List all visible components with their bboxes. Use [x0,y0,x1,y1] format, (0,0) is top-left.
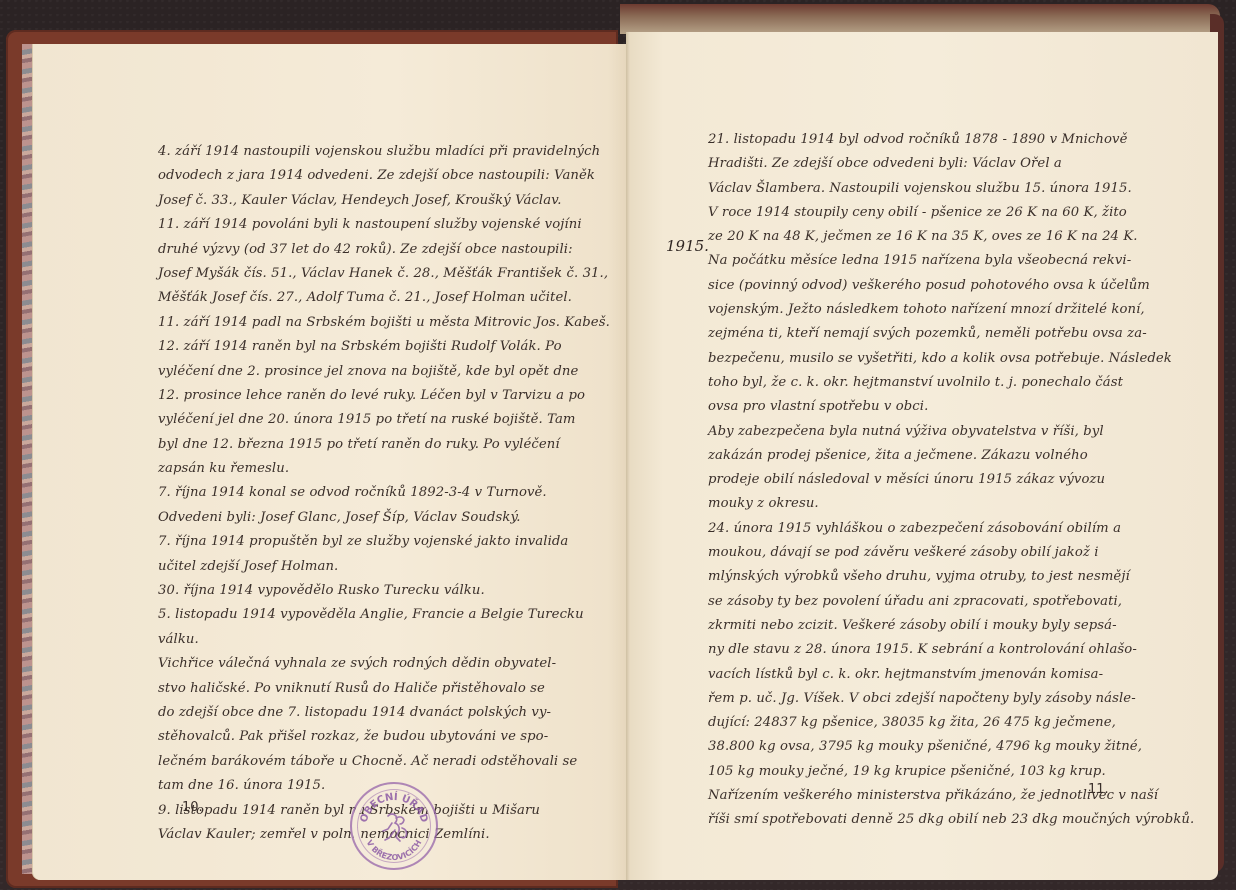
text-line: toho byl, že c. k. okr. hejtmanství uvol… [708,371,1128,395]
text-line: dující: 24837 kg pšenice, 38035 kg žita,… [708,711,1128,735]
text-line: zapsán ku řemeslu. [158,457,628,481]
left-page-text: 4. září 1914 nastoupili vojenskou službu… [158,140,628,847]
text-line: 21. listopadu 1914 byl odvod ročníků 187… [708,128,1128,152]
stamp-bottom-text: V BŘEZOVICÍCH [365,838,424,862]
page-number-left: 10. [182,800,203,815]
text-line: prodeje obilí následoval v měsíci únoru … [708,468,1128,492]
text-line: stěhovalců. Pak přišel rozkaz, že budou … [158,725,628,749]
text-line: do zdejší obce dne 7. listopadu 1914 dva… [158,701,628,725]
official-stamp: OBECNÍ ÚŘAD V BŘEZOVICÍCH [350,782,438,870]
text-line: zkrmiti nebo zcizit. Veškeré zásoby obil… [708,614,1128,638]
text-line: odvodech z jara 1914 odvedeni. Ze zdejší… [158,164,628,188]
text-line: 38.800 kg ovsa, 3795 kg mouky pšeničné, … [708,735,1128,759]
text-line: ovsa pro vlastní spotřebu v obci. [708,395,1128,419]
text-line: Na počátku měsíce ledna 1915 nařízena by… [708,249,1128,273]
text-line: 12. září 1914 raněn byl na Srbském bojiš… [158,335,628,359]
text-line: mlýnských výrobků všeho druhu, vyjma otr… [708,565,1128,589]
book-cover-right-top [620,4,1220,34]
text-line: řem p. uč. Jg. Víšek. V obci zdejší napo… [708,687,1128,711]
year-marker: 1915. [666,237,709,255]
text-line: vacích lístků byl c. k. okr. hejtmanství… [708,663,1128,687]
text-line: Vichřice válečná vyhnala ze svých rodnýc… [158,652,628,676]
text-line: sice (povinný odvod) veškerého posud poh… [708,274,1128,298]
text-line: 12. prosince lehce raněn do levé ruky. L… [158,384,628,408]
text-line: Měšťák Josef čís. 27., Adolf Tuma č. 21.… [158,286,628,310]
text-line: Josef č. 33., Kauler Václav, Hendeych Jo… [158,189,628,213]
text-line: druhé výzvy (od 37 let do 42 roků). Ze z… [158,238,628,262]
text-line: vojenským. Ježto následkem tohoto naříze… [708,298,1128,322]
text-line: bezpečenu, musilo se vyšetřiti, kdo a ko… [708,347,1128,371]
stamp-emblem: OBECNÍ ÚŘAD V BŘEZOVICÍCH [352,784,436,868]
text-line: zakázán prodej pšenice, žita a ječmene. … [708,444,1128,468]
text-line: učitel zdejší Josef Holman. [158,555,628,579]
text-line: byl dne 12. března 1915 po třetí raněn d… [158,433,628,457]
text-line: moukou, dávají se pod závěru veškeré zás… [708,541,1128,565]
svg-text:OBECNÍ ÚŘAD: OBECNÍ ÚŘAD [359,790,430,824]
text-line: 5. listopadu 1914 vypověděla Anglie, Fra… [158,603,628,627]
text-line: Odvedeni byli: Josef Glanc, Josef Šíp, V… [158,506,628,530]
text-line: ny dle stavu z 28. února 1915. K sebrání… [708,638,1128,662]
text-line: vyléčení jel dne 20. února 1915 po třetí… [158,408,628,432]
text-line: mouky z okresu. [708,492,1128,516]
text-line: se zásoby ty bez povolení úřadu ani zpra… [708,590,1128,614]
text-line: 11. září 1914 povoláni byli k nastoupení… [158,213,628,237]
right-page-text: 21. listopadu 1914 byl odvod ročníků 187… [708,128,1128,833]
text-line: 7. října 1914 propuštěn byl ze služby vo… [158,530,628,554]
text-line: 7. října 1914 konal se odvod ročníků 189… [158,481,628,505]
text-line: zejména ti, kteří nemají svých pozemků, … [708,322,1128,346]
text-line: lečném barákovém táboře u Chocně. Ač ner… [158,750,628,774]
text-line: Josef Myšák čís. 51., Václav Hanek č. 28… [158,262,628,286]
text-line: Nařízením veškerého ministerstva přikázá… [708,784,1128,808]
text-line: Hradišti. Ze zdejší obce odvedeni byli: … [708,152,1128,176]
text-line: 11. září 1914 padl na Srbském bojišti u … [158,311,628,335]
text-line: říši smí spotřebovati denně 25 dkg obilí… [708,808,1128,832]
text-line: válku. [158,628,628,652]
page-number-right: 11. [1088,782,1109,797]
stamp-top-text: OBECNÍ ÚŘAD [359,790,430,824]
text-line: vyléčení dne 2. prosince jel znova na bo… [158,360,628,384]
text-line: stvo haličské. Po vniknutí Rusů do Halič… [158,677,628,701]
text-line: 24. února 1915 vyhláškou o zabezpečení z… [708,517,1128,541]
text-line: Václav Šlambera. Nastoupili vojenskou sl… [708,177,1128,201]
text-line: Aby zabezpečena byla nutná výživa obyvat… [708,420,1128,444]
lion-emblem-icon [383,814,407,841]
text-line: V roce 1914 stoupily ceny obilí - pšenic… [708,201,1128,225]
svg-text:V BŘEZOVICÍCH: V BŘEZOVICÍCH [365,838,424,862]
text-line: ze 20 K na 48 K, ječmen ze 16 K na 35 K,… [708,225,1128,249]
text-line: 30. října 1914 vypovědělo Rusko Turecku … [158,579,628,603]
text-line: 105 kg mouky ječné, 19 kg krupice pšenič… [708,760,1128,784]
text-line: 4. září 1914 nastoupili vojenskou službu… [158,140,628,164]
